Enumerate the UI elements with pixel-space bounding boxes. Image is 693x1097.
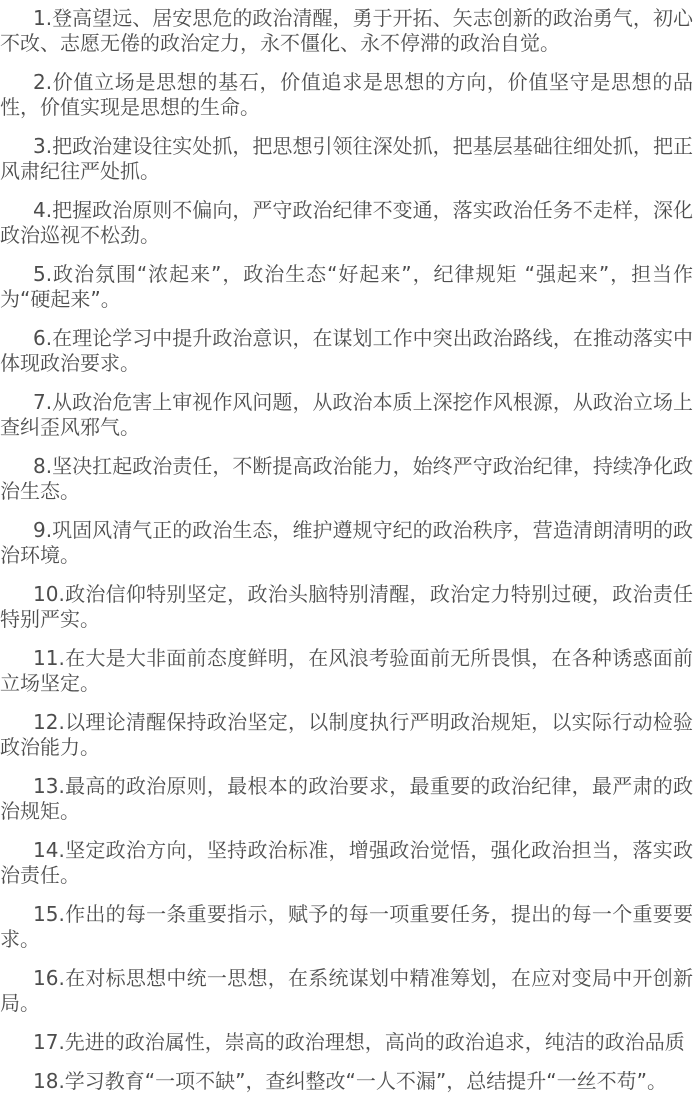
paragraph-8: 8.坚决扛起政治责任，不断提高政治能力，始终严守政治纪律，持续净化政治生态。 [0, 454, 693, 504]
paragraph-9: 9.巩固风清气正的政治生态，维护遵规守纪的政治秩序，营造清朗清明的政治环境。 [0, 518, 693, 568]
document-page: { "page": { "background_color": "#ffffff… [0, 0, 693, 1097]
document-body: 1.登高望远、居安思危的政治清醒，勇于开拓、矢志创新的政治勇气，初心不改、志愿无… [0, 6, 693, 1097]
paragraph-15: 15.作出的每一条重要指示，赋予的每一项重要任务，提出的每一个重要要求。 [0, 902, 693, 952]
paragraph-2: 2.价值立场是思想的基石，价值追求是思想的方向，价值坚守是思想的品性，价值实现是… [0, 70, 693, 120]
paragraph-18: 18.学习教育“一项不缺”，查纠整改“一人不漏”，总结提升“一丝不苟”。 [0, 1069, 693, 1094]
paragraph-16: 16.在对标思想中统一思想，在系统谋划中精准筹划，在应对变局中开创新局。 [0, 966, 693, 1016]
paragraph-12: 12.以理论清醒保持政治坚定，以制度执行严明政治规矩，以实际行动检验政治能力。 [0, 710, 693, 760]
paragraph-17: 17.先进的政治属性，崇高的政治理想，高尚的政治追求，纯洁的政治品质 [0, 1030, 693, 1055]
paragraph-11: 11.在大是大非面前态度鲜明，在风浪考验面前无所畏惧，在各种诱惑面前立场坚定。 [0, 646, 693, 696]
paragraph-6: 6.在理论学习中提升政治意识，在谋划工作中突出政治路线，在推动落实中体现政治要求… [0, 326, 693, 376]
paragraph-1: 1.登高望远、居安思危的政治清醒，勇于开拓、矢志创新的政治勇气，初心不改、志愿无… [0, 6, 693, 56]
paragraph-5: 5.政治氛围“浓起来”，政治生态“好起来”，纪律规矩 “强起来”，担当作为“硬起… [0, 262, 693, 312]
paragraph-10: 10.政治信仰特别坚定，政治头脑特别清醒，政治定力特别过硬，政治责任特别严实。 [0, 582, 693, 632]
paragraph-4: 4.把握政治原则不偏向，严守政治纪律不变通，落实政治任务不走样，深化政治巡视不松… [0, 198, 693, 248]
paragraph-13: 13.最高的政治原则，最根本的政治要求，最重要的政治纪律，最严肃的政治规矩。 [0, 774, 693, 824]
paragraph-7: 7.从政治危害上审视作风问题，从政治本质上深挖作风根源，从政治立场上查纠歪风邪气… [0, 390, 693, 440]
paragraph-14: 14.坚定政治方向，坚持政治标准，增强政治觉悟，强化政治担当，落实政治责任。 [0, 838, 693, 888]
paragraph-3: 3.把政治建设往实处抓，把思想引领往深处抓，把基层基础往细处抓，把正风肃纪往严处… [0, 134, 693, 184]
